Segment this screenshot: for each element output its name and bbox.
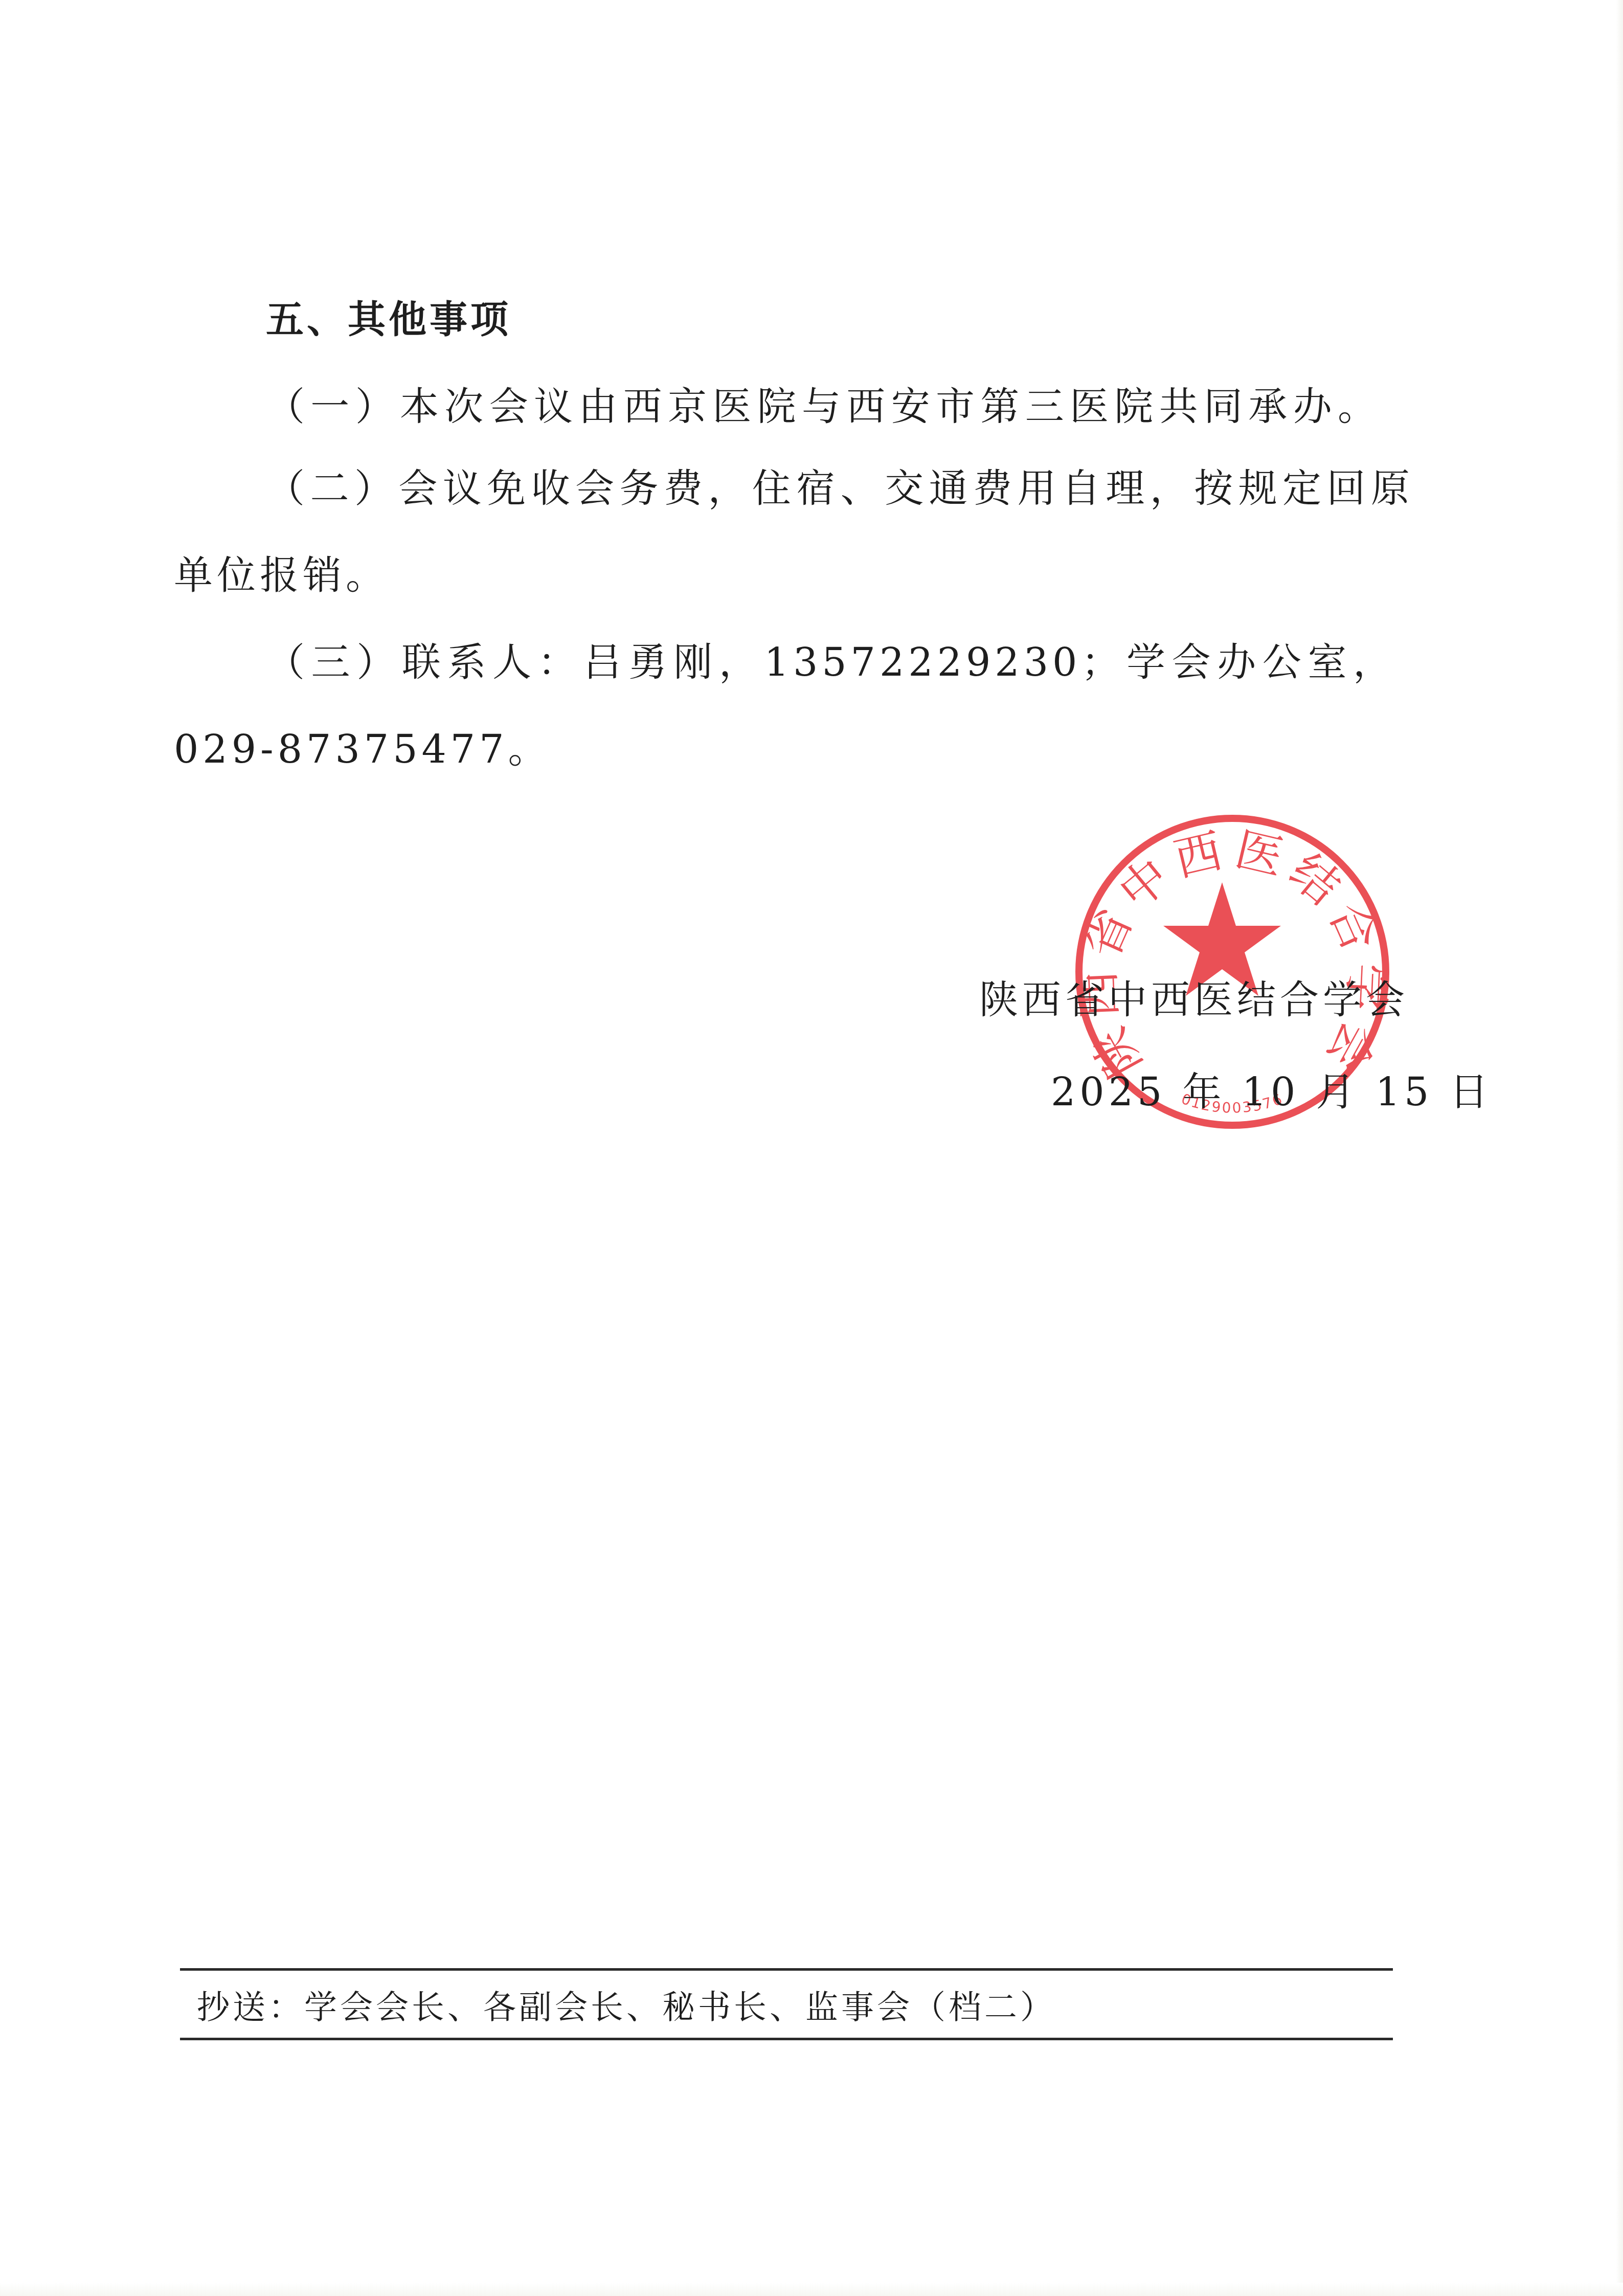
item-1-text: （一）本次会议由西京医院与西安市第三医院共同承办。 <box>266 381 1381 432</box>
cc-bottom-rule <box>180 2038 1393 2040</box>
document-page: 五、其他事项 （一）本次会议由西京医院与西安市第三医院共同承办。 （二）会议免收… <box>0 0 1623 2296</box>
scan-edge <box>0 2283 1623 2296</box>
signature-organization: 陕西省中西医结合学会 <box>979 974 1409 1026</box>
cc-recipients: 抄送：学会会长、各副会长、秘书长、监事会（档二） <box>197 1985 1056 2031</box>
cc-top-rule <box>180 1968 1393 1971</box>
signature-date: 2025 年 10 月 15 日 <box>1051 1066 1493 1118</box>
section-heading: 五、其他事项 <box>266 294 511 345</box>
item-2-text-cont: 单位报销。 <box>174 550 389 601</box>
item-3-text: （三）联系人：吕勇刚，13572229230；学会办公室， <box>266 637 1396 688</box>
scan-edge <box>1616 0 1623 2296</box>
item-3-text-cont: 029-87375477。 <box>174 724 551 775</box>
item-2-text: （二）会议免收会务费，住宿、交通费用自理，按规定回原 <box>266 463 1414 514</box>
